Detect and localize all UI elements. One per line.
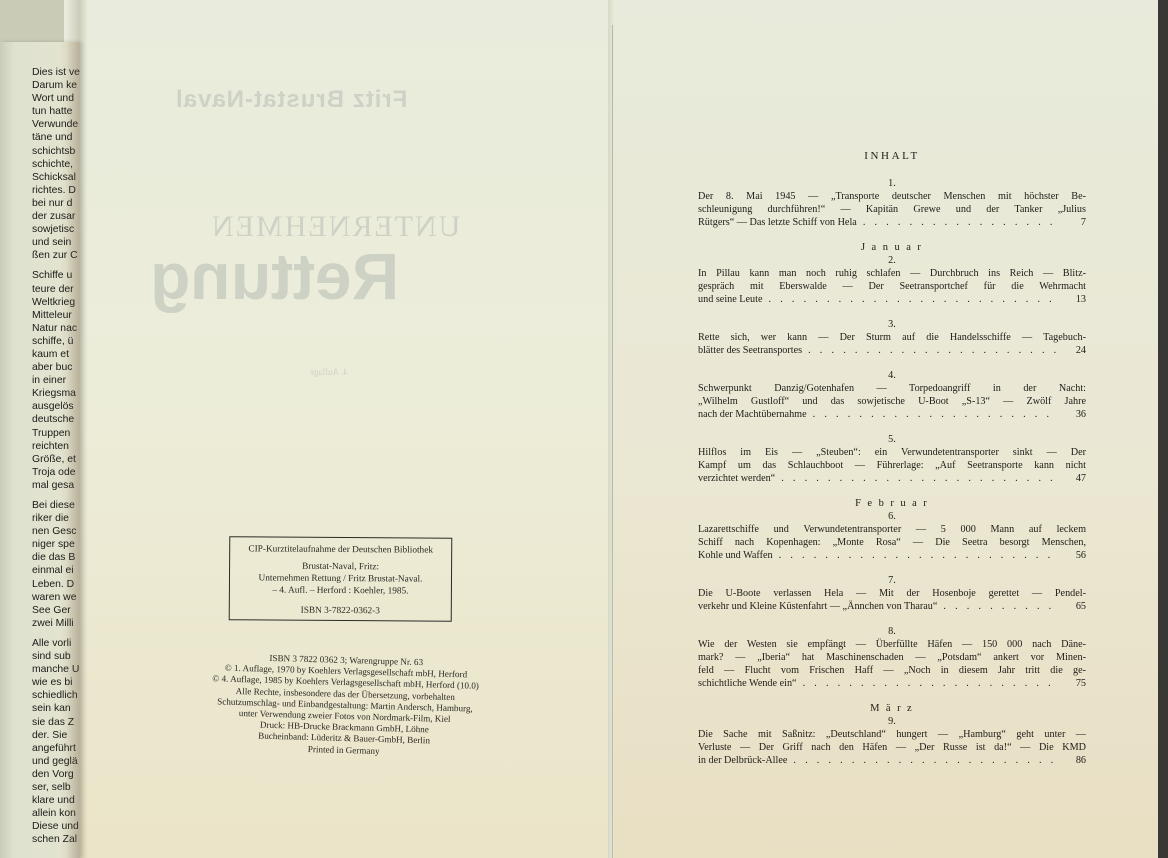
chapter-description-end: Rütgers“ — Das letzte Schiff von Hela [698, 216, 857, 229]
chapter-description-end: und seine Leute [698, 293, 763, 306]
leader-dots: . . . . . . . . . . . . . . . . . . . . … [802, 344, 1056, 357]
chapter-number: 2. [698, 254, 1086, 267]
page-number: 75 [1070, 677, 1086, 690]
chapter-description-end: verzichtet werden“ [698, 472, 775, 485]
toc-month-heading: J a n u a r [698, 241, 1086, 254]
show-through-edition: 4. Auflage [310, 367, 348, 377]
chapter-description-line: Die Sache mit Saßnitz: „Deutschland“ hun… [698, 728, 1086, 741]
toc-entry: 6.Lazarettschiffe und Verwundetentranspo… [698, 510, 1086, 562]
table-of-contents: INHALT 1.Der 8. Mai 1945 — „Transporte d… [698, 150, 1086, 779]
chapter-description-line: Lazarettschiffe und Verwundetentransport… [698, 523, 1086, 536]
chapter-last-line: schichtliche Wende ein“ . . . . . . . . … [698, 677, 1086, 690]
chapter-description-end: verkehr und Kleine Küstenfahrt — „Ännche… [698, 600, 937, 613]
chapter-description-end: Kohle und Waffen [698, 549, 773, 562]
leader-dots: . . . . . . . . . . . . . . . . . . . . … [787, 754, 1056, 767]
page-number: 36 [1070, 408, 1086, 421]
cip-heading: CIP-Kurztitelaufnahme der Deutschen Bibl… [230, 543, 451, 557]
chapter-description-line: Die U-Boote verlassen Hela — Mit der Hos… [698, 587, 1086, 600]
toc-entry: 2.In Pillau kann man noch ruhig schlafen… [698, 254, 1086, 306]
chapter-last-line: blätter des Seetransportes . . . . . . .… [698, 344, 1086, 357]
leader-dots: . . . . . . . . . . . . . . . . . . . . … [775, 472, 1056, 485]
cip-edition: – 4. Aufl. – Herford : Koehler, 1985. [230, 584, 451, 598]
chapter-description-end: blätter des Seetransportes [698, 344, 802, 357]
leader-dots: . . . . . . . . . . . . . . . . . . . . … [797, 677, 1056, 690]
chapter-description-line: Hilflos im Eis — „Steuben“: ein Verwunde… [698, 446, 1086, 459]
toc-entry: 3.Rette sich, wer kann — Der Sturm auf d… [698, 318, 1086, 357]
chapter-number: 7. [698, 574, 1086, 587]
chapter-last-line: verkehr und Kleine Küstenfahrt — „Ännche… [698, 600, 1086, 613]
page-number: 65 [1070, 600, 1086, 613]
toc-entry: 1.Der 8. Mai 1945 — „Transporte deutsche… [698, 177, 1086, 229]
imprint-block: ISBN 3 7822 0362 3; Warengruppe Nr. 63© … [204, 651, 487, 760]
chapter-number: 4. [698, 369, 1086, 382]
chapter-number: 5. [698, 433, 1086, 446]
page-number: 86 [1070, 754, 1086, 767]
chapter-description-end: in der Delbrück-Allee [698, 754, 787, 767]
chapter-description-line: gespräch mit Eberswalde — Der Seetranspo… [698, 280, 1086, 293]
toc-month-heading: F e b r u a r [698, 497, 1086, 510]
show-through-author: Fritz Brustat-Naval [175, 86, 407, 114]
toc-entry: 7.Die U-Boote verlassen Hela — Mit der H… [698, 574, 1086, 613]
page-number: 13 [1070, 293, 1086, 306]
leader-dots: . . . . . . . . . . . . . . . . . . . . … [807, 408, 1056, 421]
toc-body: 1.Der 8. Mai 1945 — „Transporte deutsche… [698, 177, 1086, 767]
chapter-description-line: Kampf um das Schlauchboot — Führerlage: … [698, 459, 1086, 472]
toc-entry: 8.Wie der Westen sie empfängt — Überfüll… [698, 625, 1086, 690]
toc-entry: 5.Hilflos im Eis — „Steuben“: ein Verwun… [698, 433, 1086, 485]
chapter-description-line: schleunigung durchführen!“ — Kapitän Gre… [698, 203, 1086, 216]
chapter-description-end: nach der Machtübernahme [698, 408, 807, 421]
chapter-last-line: Kohle und Waffen . . . . . . . . . . . .… [698, 549, 1086, 562]
chapter-description-line: In Pillau kann man noch ruhig schlafen —… [698, 267, 1086, 280]
chapter-number: 3. [698, 318, 1086, 331]
toc-title: INHALT [698, 150, 1086, 163]
page-number: 24 [1070, 344, 1086, 357]
chapter-number: 6. [698, 510, 1086, 523]
chapter-last-line: nach der Machtübernahme . . . . . . . . … [698, 408, 1086, 421]
leader-dots: . . . . . . . . . . . . . . . . . . . . … [937, 600, 1056, 613]
chapter-number: 1. [698, 177, 1086, 190]
chapter-description-line: „Wilhelm Gustloff“ und das sowjetische U… [698, 395, 1086, 408]
toc-entry: 4.Schwerpunkt Danzig/Gotenhafen — Torped… [698, 369, 1086, 421]
chapter-description-line: Schiff nach Kopenhagen: „Monte Rosa“ — D… [698, 536, 1086, 549]
leader-dots: . . . . . . . . . . . . . . . . . . . . … [857, 216, 1056, 229]
book-spread: Fritz Brustat-Naval UNTERNEHMEN Rettung … [0, 0, 1168, 858]
chapter-number: 9. [698, 715, 1086, 728]
cip-title: Unternehmen Rettung / Fritz Brustat-Nava… [230, 572, 451, 586]
page-number: 47 [1070, 472, 1086, 485]
cip-record-box: CIP-Kurztitelaufnahme der Deutschen Bibl… [229, 536, 453, 622]
chapter-description-line: Schwerpunkt Danzig/Gotenhafen — Torpedoa… [698, 382, 1086, 395]
chapter-last-line: Rütgers“ — Das letzte Schiff von Hela . … [698, 216, 1086, 229]
page-edge [1158, 0, 1168, 858]
toc-month-heading: M ä r z [698, 702, 1086, 715]
chapter-description-line: Wie der Westen sie empfängt — Überfüllte… [698, 638, 1086, 651]
page-number: 7 [1070, 216, 1086, 229]
chapter-description-end: schichtliche Wende ein“ [698, 677, 797, 690]
gutter-line [612, 25, 613, 858]
chapter-last-line: verzichtet werden“ . . . . . . . . . . .… [698, 472, 1086, 485]
chapter-description-line: Verluste — Der Griff nach den Häfen — „D… [698, 741, 1086, 754]
show-through-title-line2: Rettung [150, 238, 399, 314]
flap-shadow [66, 0, 88, 858]
page-number: 56 [1070, 549, 1086, 562]
cip-isbn: ISBN 3-7822-0362-3 [230, 604, 451, 618]
chapter-description-line: mark? — „Iberia“ hat Maschinenschaden — … [698, 651, 1086, 664]
leader-dots: . . . . . . . . . . . . . . . . . . . . … [763, 293, 1057, 306]
leader-dots: . . . . . . . . . . . . . . . . . . . . … [773, 549, 1056, 562]
chapter-number: 8. [698, 625, 1086, 638]
chapter-last-line: und seine Leute . . . . . . . . . . . . … [698, 293, 1086, 306]
chapter-last-line: in der Delbrück-Allee . . . . . . . . . … [698, 754, 1086, 767]
chapter-description-line: feld — Flucht vom Frischen Haff — „Noch … [698, 664, 1086, 677]
chapter-description-line: Der 8. Mai 1945 — „Transporte deutscher … [698, 190, 1086, 203]
chapter-description-line: Rette sich, wer kann — Der Sturm auf die… [698, 331, 1086, 344]
toc-entry: 9.Die Sache mit Saßnitz: „Deutschland“ h… [698, 715, 1086, 767]
